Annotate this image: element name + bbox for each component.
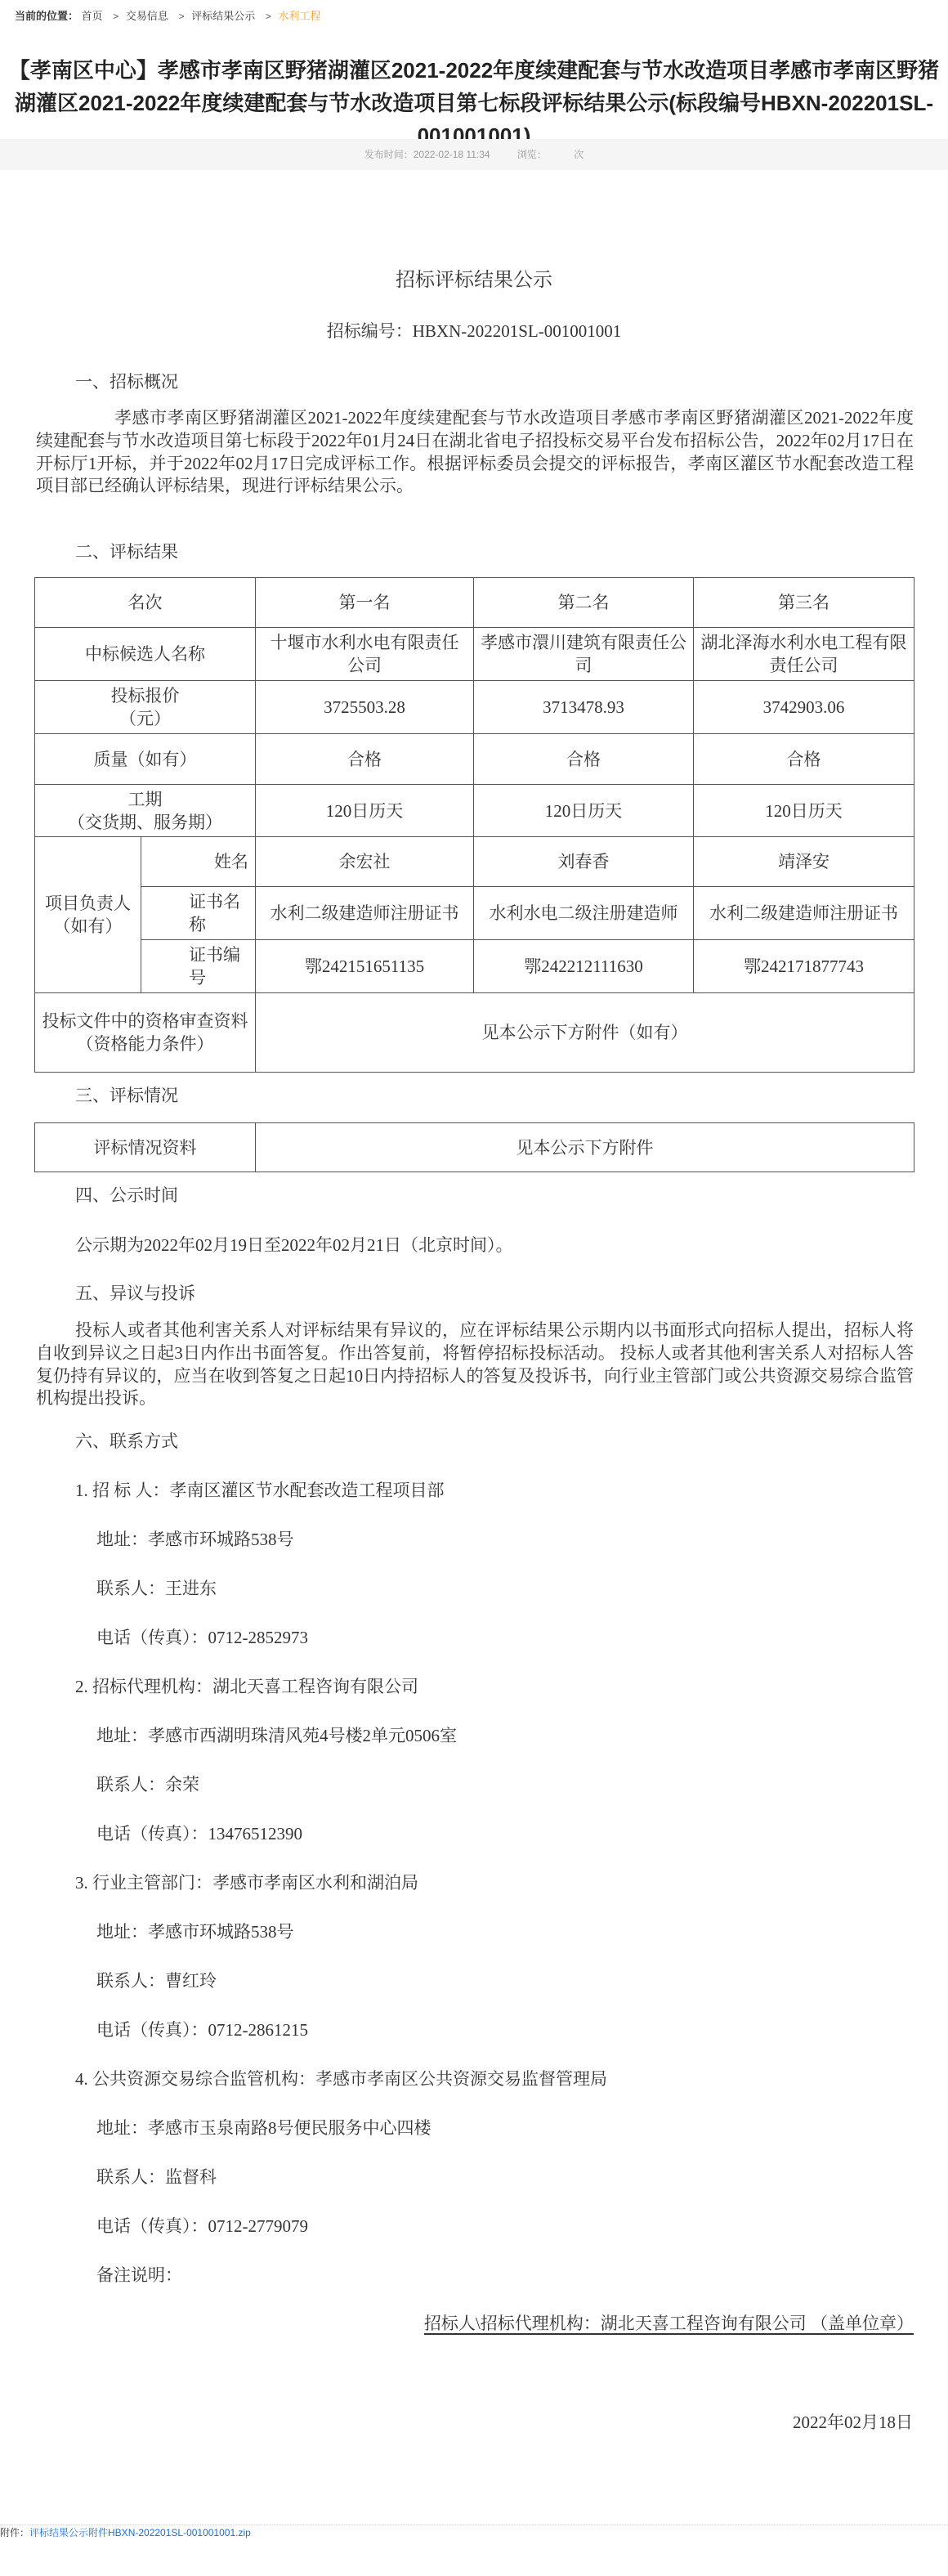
attachment-row: 附件：评标结果公示附件HBXN-202201SL-001001001.zip xyxy=(0,2525,251,2540)
page-title: 【孝南区中心】孝感市孝南区野猪湖灌区2021-2022年度续建配套与节水改造项目… xyxy=(0,54,948,152)
evaluation-value: 见本公示下方附件 xyxy=(256,1123,914,1172)
cert-name-label: 证书名称 xyxy=(141,887,256,940)
section-4-text: 公示期为2022年02月19日至2022年02月21日（北京时间）。 xyxy=(75,1234,513,1257)
cert-name-1: 水利二级建造师注册证书 xyxy=(256,887,474,940)
contact-2-person: 联系人：余荣 xyxy=(96,1773,199,1796)
views-label: 浏览： xyxy=(517,139,547,170)
rank-header-3: 第三名 xyxy=(694,578,914,628)
qualification-label: 投标文件中的资格审查资料（资格能力条件） xyxy=(35,993,256,1073)
breadcrumb-item-water-conservancy[interactable]: 水利工程 xyxy=(278,10,320,22)
table-row: 项目负责人（如有） 姓名 余宏社 刘春香 靖泽安 xyxy=(35,837,914,887)
contact-2-phone: 电话（传真）：13476512390 xyxy=(96,1822,302,1845)
section-3-title: 三、评标情况 xyxy=(75,1084,178,1107)
price-1: 3725503.28 xyxy=(256,681,474,734)
signature: 招标人\招标代理机构：湖北天喜工程咨询有限公司 （盖单位章） xyxy=(424,2312,914,2335)
period-3: 120日历天 xyxy=(694,785,914,837)
table-row: 评标情况资料 见本公示下方附件 xyxy=(35,1123,914,1172)
section-1-title: 一、招标概况 xyxy=(75,370,178,393)
cert-name-2: 水利水电二级注册建造师 xyxy=(474,887,694,940)
project-manager-label: 项目负责人（如有） xyxy=(35,837,141,993)
pm-name-label: 姓名 xyxy=(141,837,256,887)
sign-date: 2022年02月18日 xyxy=(793,2411,913,2434)
remark-label: 备注说明： xyxy=(96,2264,182,2287)
table-row: 质量（如有） 合格 合格 合格 xyxy=(35,734,914,785)
quality-2: 合格 xyxy=(474,734,694,785)
price-2: 3713478.93 xyxy=(474,681,694,734)
publish-time: 2022-02-18 11:34 xyxy=(414,139,490,170)
pm-name-3: 靖泽安 xyxy=(694,837,914,887)
pm-name-2: 刘春香 xyxy=(474,837,694,887)
breadcrumb-label: 当前的位置： xyxy=(15,10,78,22)
quality-label: 质量（如有） xyxy=(35,734,256,785)
contact-3-phone: 电话（传真）：0712-2861215 xyxy=(96,2018,308,2041)
price-label: 投标报价（元） xyxy=(35,681,256,734)
breadcrumb-item-bid-results[interactable]: 评标结果公示 xyxy=(191,10,255,22)
breadcrumb-separator: > xyxy=(179,11,185,22)
contact-1-address: 地址：孝感市环城路538号 xyxy=(96,1528,294,1551)
table-row: 中标候选人名称 十堰市水利水电有限责任公司 孝感市澴川建筑有限责任公司 湖北泽海… xyxy=(35,628,914,681)
document-heading: 招标评标结果公示 xyxy=(0,269,948,292)
candidate-3: 湖北泽海水利水电工程有限责任公司 xyxy=(694,628,914,681)
section-5-text: 投标人或者其他利害关系人对评标结果有异议的，应在评标结果公示期内以书面形式向招标… xyxy=(36,1319,914,1410)
contact-3-person: 联系人：曹红玲 xyxy=(96,1969,217,1992)
bid-result-table: 名次 第一名 第二名 第三名 中标候选人名称 十堰市水利水电有限责任公司 孝感市… xyxy=(34,577,914,1073)
section-1-text: 孝感市孝南区野猪湖灌区2021-2022年度续建配套与节水改造项目孝感市孝南区野… xyxy=(36,407,914,498)
table-row: 证书编号 鄂242151651135 鄂242212111630 鄂242171… xyxy=(35,940,914,993)
contact-4-person: 联系人：监督科 xyxy=(96,2166,217,2188)
breadcrumb-separator: > xyxy=(266,11,271,22)
section-5-title: 五、异议与投诉 xyxy=(75,1282,195,1305)
attachment-link[interactable]: 评标结果公示附件HBXN-202201SL-001001001.zip xyxy=(29,2527,251,2538)
breadcrumb-separator: > xyxy=(113,11,118,22)
cert-no-label: 证书编号 xyxy=(141,940,256,993)
contact-3-address: 地址：孝感市环城路538号 xyxy=(96,1920,294,1943)
breadcrumb-item-trade-info[interactable]: 交易信息 xyxy=(126,10,168,22)
contact-2-title: 2. 招标代理机构：湖北天喜工程咨询有限公司 xyxy=(75,1675,418,1698)
cert-no-1: 鄂242151651135 xyxy=(256,940,474,993)
evaluation-label: 评标情况资料 xyxy=(35,1123,256,1172)
breadcrumb: 当前的位置： 首页 > 交易信息 > 评标结果公示 > 水利工程 xyxy=(15,8,321,25)
contact-2-address: 地址：孝感市西湖明珠清风苑4号楼2单元0506室 xyxy=(96,1724,457,1747)
meta-bar: 发布时间：2022-02-18 11:34 浏览： 次 xyxy=(0,139,948,170)
contact-4-address: 地址：孝感市玉泉南路8号便民服务中心四楼 xyxy=(96,2117,432,2139)
cert-name-3: 水利二级建造师注册证书 xyxy=(694,887,914,940)
tender-number: 招标编号：HBXN-202201SL-001001001 xyxy=(0,320,948,343)
evaluation-table: 评标情况资料 见本公示下方附件 xyxy=(34,1122,914,1172)
contact-1-title: 1. 招 标 人：孝南区灌区节水配套改造工程项目部 xyxy=(75,1479,445,1502)
publish-time-label: 发布时间： xyxy=(364,139,414,170)
period-label-line-1: 工期 xyxy=(42,788,248,811)
table-row: 证书名称 水利二级建造师注册证书 水利水电二级注册建造师 水利二级建造师注册证书 xyxy=(35,887,914,940)
table-row: 投标文件中的资格审查资料（资格能力条件） 见本公示下方附件（如有） xyxy=(35,993,914,1073)
cert-no-2: 鄂242212111630 xyxy=(474,940,694,993)
rank-header-1: 第一名 xyxy=(256,578,474,628)
contact-1-person: 联系人：王进东 xyxy=(96,1577,217,1600)
views-unit: 次 xyxy=(574,139,584,170)
section-4-title: 四、公示时间 xyxy=(75,1184,178,1207)
qualification-value: 见本公示下方附件（如有） xyxy=(256,993,914,1073)
contact-4-phone: 电话（传真）：0712-2779079 xyxy=(96,2215,308,2238)
period-1: 120日历天 xyxy=(256,785,474,837)
cert-no-3: 鄂242171877743 xyxy=(694,940,914,993)
rank-header-label: 名次 xyxy=(35,578,256,628)
attachment-label: 附件： xyxy=(0,2527,29,2538)
candidate-2: 孝感市澴川建筑有限责任公司 xyxy=(474,628,694,681)
candidate-label: 中标候选人名称 xyxy=(35,628,256,681)
pm-name-1: 余宏社 xyxy=(256,837,474,887)
period-label: 工期 （交货期、服务期） xyxy=(35,785,256,837)
contact-3-title: 3. 行业主管部门：孝感市孝南区水利和湖泊局 xyxy=(75,1871,418,1894)
table-row: 投标报价（元） 3725503.28 3713478.93 3742903.06 xyxy=(35,681,914,734)
candidate-1: 十堰市水利水电有限责任公司 xyxy=(256,628,474,681)
rank-header-2: 第二名 xyxy=(474,578,694,628)
table-row: 名次 第一名 第二名 第三名 xyxy=(35,578,914,628)
period-label-line-2: （交货期、服务期） xyxy=(42,811,248,834)
section-6-title: 六、联系方式 xyxy=(75,1430,178,1453)
period-2: 120日历天 xyxy=(474,785,694,837)
contact-4-title: 4. 公共资源交易综合监管机构：孝感市孝南区公共资源交易监督管理局 xyxy=(75,2068,607,2090)
price-3: 3742903.06 xyxy=(694,681,914,734)
quality-1: 合格 xyxy=(256,734,474,785)
table-row: 工期 （交货期、服务期） 120日历天 120日历天 120日历天 xyxy=(35,785,914,837)
section-2-title: 二、评标结果 xyxy=(75,540,178,563)
quality-3: 合格 xyxy=(694,734,914,785)
contact-1-phone: 电话（传真）：0712-2852973 xyxy=(96,1626,308,1649)
breadcrumb-item-home[interactable]: 首页 xyxy=(82,10,103,22)
